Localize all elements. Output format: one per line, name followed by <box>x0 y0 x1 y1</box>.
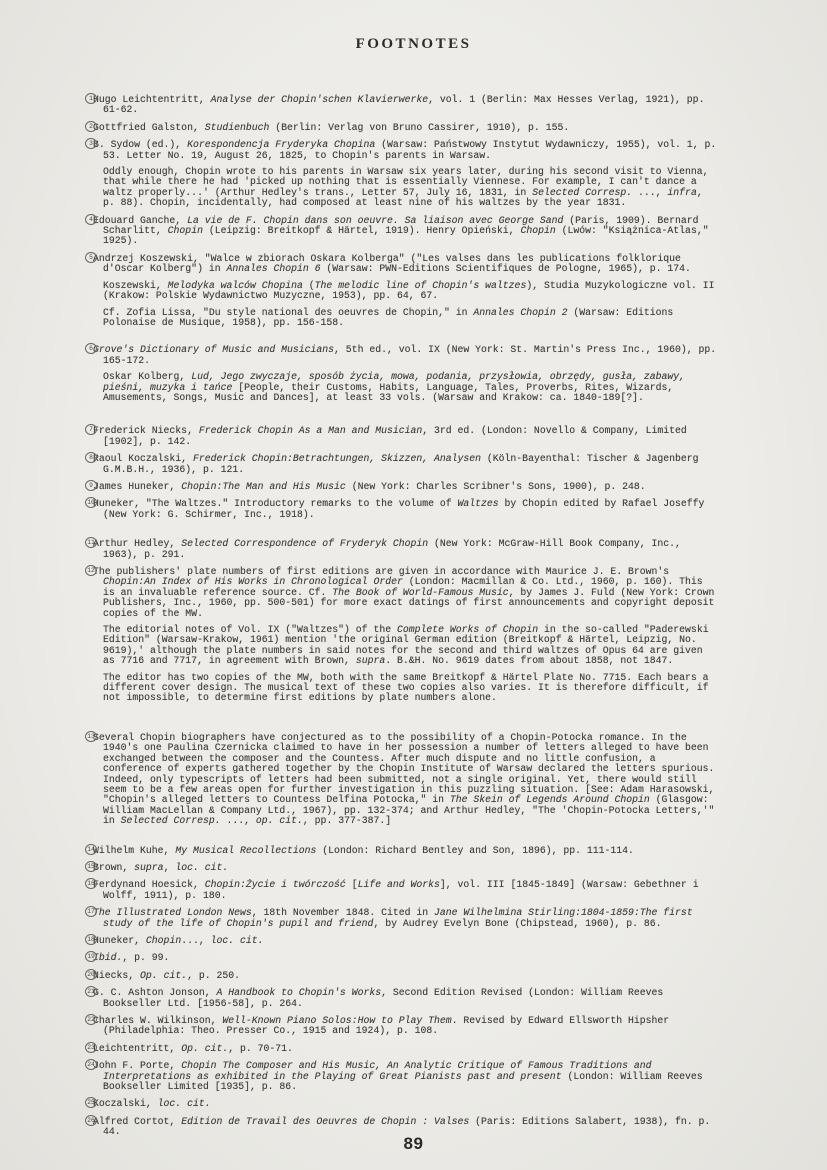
footnote-13: 13Several Chopin biographers have conjec… <box>85 733 717 827</box>
footnote-text: The publishers' plate numbers of first e… <box>103 567 717 619</box>
footnote-marker: 14 <box>85 844 97 855</box>
footnote-text: G. C. Ashton Jonson, A Handbook to Chopi… <box>103 988 717 1009</box>
footnote-text: Andrzej Koszewski, "Walce w zbiorach Osk… <box>103 254 717 275</box>
footnote-19: 19Ibid., p. 99. <box>85 953 717 963</box>
footnote-1: 1Hugo Leichtentritt, Analyse der Chopin'… <box>85 95 717 116</box>
footnote-text: Raoul Koczalski, Frederick Chopin:Betrac… <box>103 454 717 475</box>
footnote-marker: 9 <box>85 480 97 491</box>
footnote-4: 4Edouard Ganche, La vie de F. Chopin dan… <box>85 216 717 247</box>
footnote-marker: 20 <box>85 969 97 980</box>
footnote-18: 18Huneker, Chopin..., loc. cit. <box>85 936 717 946</box>
footnote-text: Huneker, "The Waltzes." Introductory rem… <box>103 499 717 520</box>
footnote-text: Grove's Dictionary of Music and Musician… <box>103 345 717 366</box>
footnote-marker: 22 <box>85 1014 97 1025</box>
footnote-subparagraph: Cf. Zofia Lissa, "Du style national des … <box>103 308 717 329</box>
footnote-20: 20Niecks, Op. cit., p. 250. <box>85 971 717 981</box>
footnote-marker: 1 <box>85 93 97 104</box>
footnote-marker: 26 <box>85 1115 97 1126</box>
footnote-10: 10Huneker, "The Waltzes." Introductory r… <box>85 499 717 520</box>
footnote-subparagraph: Koszewski, Melodyka walców Chopina (The … <box>103 281 717 302</box>
footnote-3: 3B. Sydow (ed.), Korespondencja Fryderyk… <box>85 140 717 208</box>
footnote-subparagraph: The editor has two copies of the MW, bot… <box>103 673 717 704</box>
footnote-text: Hugo Leichtentritt, Analyse der Chopin's… <box>103 95 717 116</box>
footnote-text: Wilhelm Kuhe, My Musical Recollections (… <box>103 846 717 856</box>
footnote-marker: 15 <box>85 861 97 872</box>
footnote-marker: 4 <box>85 214 97 225</box>
footnote-text: The Illustrated London News, 18th Novemb… <box>103 908 717 929</box>
footnote-21: 21G. C. Ashton Jonson, A Handbook to Cho… <box>85 988 717 1009</box>
footnote-14: 14Wilhelm Kuhe, My Musical Recollections… <box>85 846 717 856</box>
footnote-marker: 23 <box>85 1042 97 1053</box>
footnote-text: Niecks, Op. cit., p. 250. <box>103 971 717 981</box>
footnotes-list: 1Hugo Leichtentritt, Analyse der Chopin'… <box>85 88 717 1138</box>
footnote-9: 9James Huneker, Chopin:The Man and His M… <box>85 482 717 492</box>
footnote-text: Brown, supra, loc. cit. <box>103 863 717 873</box>
scanned-page: FOOTNOTES 1Hugo Leichtentritt, Analyse d… <box>0 0 827 1170</box>
footnote-text: Gottfried Galston, Studienbuch (Berlin: … <box>103 123 717 133</box>
footnote-subparagraph: Oskar Kolberg, Lud, Jego zwyczaje, sposó… <box>103 372 717 403</box>
footnote-23: 23Leichtentritt, Op. cit., p. 70-71. <box>85 1044 717 1054</box>
footnote-marker: 18 <box>85 934 97 945</box>
footnote-text: James Huneker, Chopin:The Man and His Mu… <box>103 482 717 492</box>
footnote-25: 25Koczalski, loc. cit. <box>85 1099 717 1109</box>
footnote-22: 22Charles W. Wilkinson, Well-Known Piano… <box>85 1016 717 1037</box>
footnote-marker: 13 <box>85 731 97 742</box>
footnote-text: Frederick Niecks, Frederick Chopin As a … <box>103 426 717 447</box>
footnote-text: John F. Porte, Chopin The Composer and H… <box>103 1061 717 1092</box>
footnote-subparagraph: The editorial notes of Vol. IX ("Waltzes… <box>103 625 717 667</box>
footnote-5: 5Andrzej Koszewski, "Walce w zbiorach Os… <box>85 254 717 328</box>
footnote-6: 6Grove's Dictionary of Music and Musicia… <box>85 345 717 403</box>
footnote-text: Edouard Ganche, La vie de F. Chopin dans… <box>103 216 717 247</box>
footnote-marker: 12 <box>85 565 97 576</box>
footnote-text: Ferdynand Hoesick, Chopin:Życie i twórcz… <box>103 880 717 901</box>
footnote-marker: 2 <box>85 121 97 132</box>
footnote-text: Leichtentritt, Op. cit., p. 70-71. <box>103 1044 717 1054</box>
footnote-text: Koczalski, loc. cit. <box>103 1099 717 1109</box>
footnote-8: 8Raoul Koczalski, Frederick Chopin:Betra… <box>85 454 717 475</box>
page-title: FOOTNOTES <box>0 36 827 53</box>
footnote-15: 15Brown, supra, loc. cit. <box>85 863 717 873</box>
footnote-16: 16Ferdynand Hoesick, Chopin:Życie i twór… <box>85 880 717 901</box>
footnote-text: Charles W. Wilkinson, Well-Known Piano S… <box>103 1016 717 1037</box>
footnote-marker: 5 <box>85 252 97 263</box>
footnote-7: 7Frederick Niecks, Frederick Chopin As a… <box>85 426 717 447</box>
footnote-text: Huneker, Chopin..., loc. cit. <box>103 936 717 946</box>
footnote-11: 11Arthur Hedley, Selected Correspondence… <box>85 539 717 560</box>
footnote-24: 24John F. Porte, Chopin The Composer and… <box>85 1061 717 1092</box>
footnote-subparagraph: Oddly enough, Chopin wrote to his parent… <box>103 167 717 209</box>
footnote-text: Several Chopin biographers have conjectu… <box>103 733 717 827</box>
footnote-2: 2Gottfried Galston, Studienbuch (Berlin:… <box>85 123 717 133</box>
footnote-12: 12The publishers' plate numbers of first… <box>85 567 717 704</box>
footnote-text: Arthur Hedley, Selected Correspondence o… <box>103 539 717 560</box>
footnote-text: B. Sydow (ed.), Korespondencja Fryderyka… <box>103 140 717 161</box>
page-number: 89 <box>0 1134 827 1154</box>
footnote-text: Ibid., p. 99. <box>103 953 717 963</box>
footnote-17: 17The Illustrated London News, 18th Nove… <box>85 908 717 929</box>
